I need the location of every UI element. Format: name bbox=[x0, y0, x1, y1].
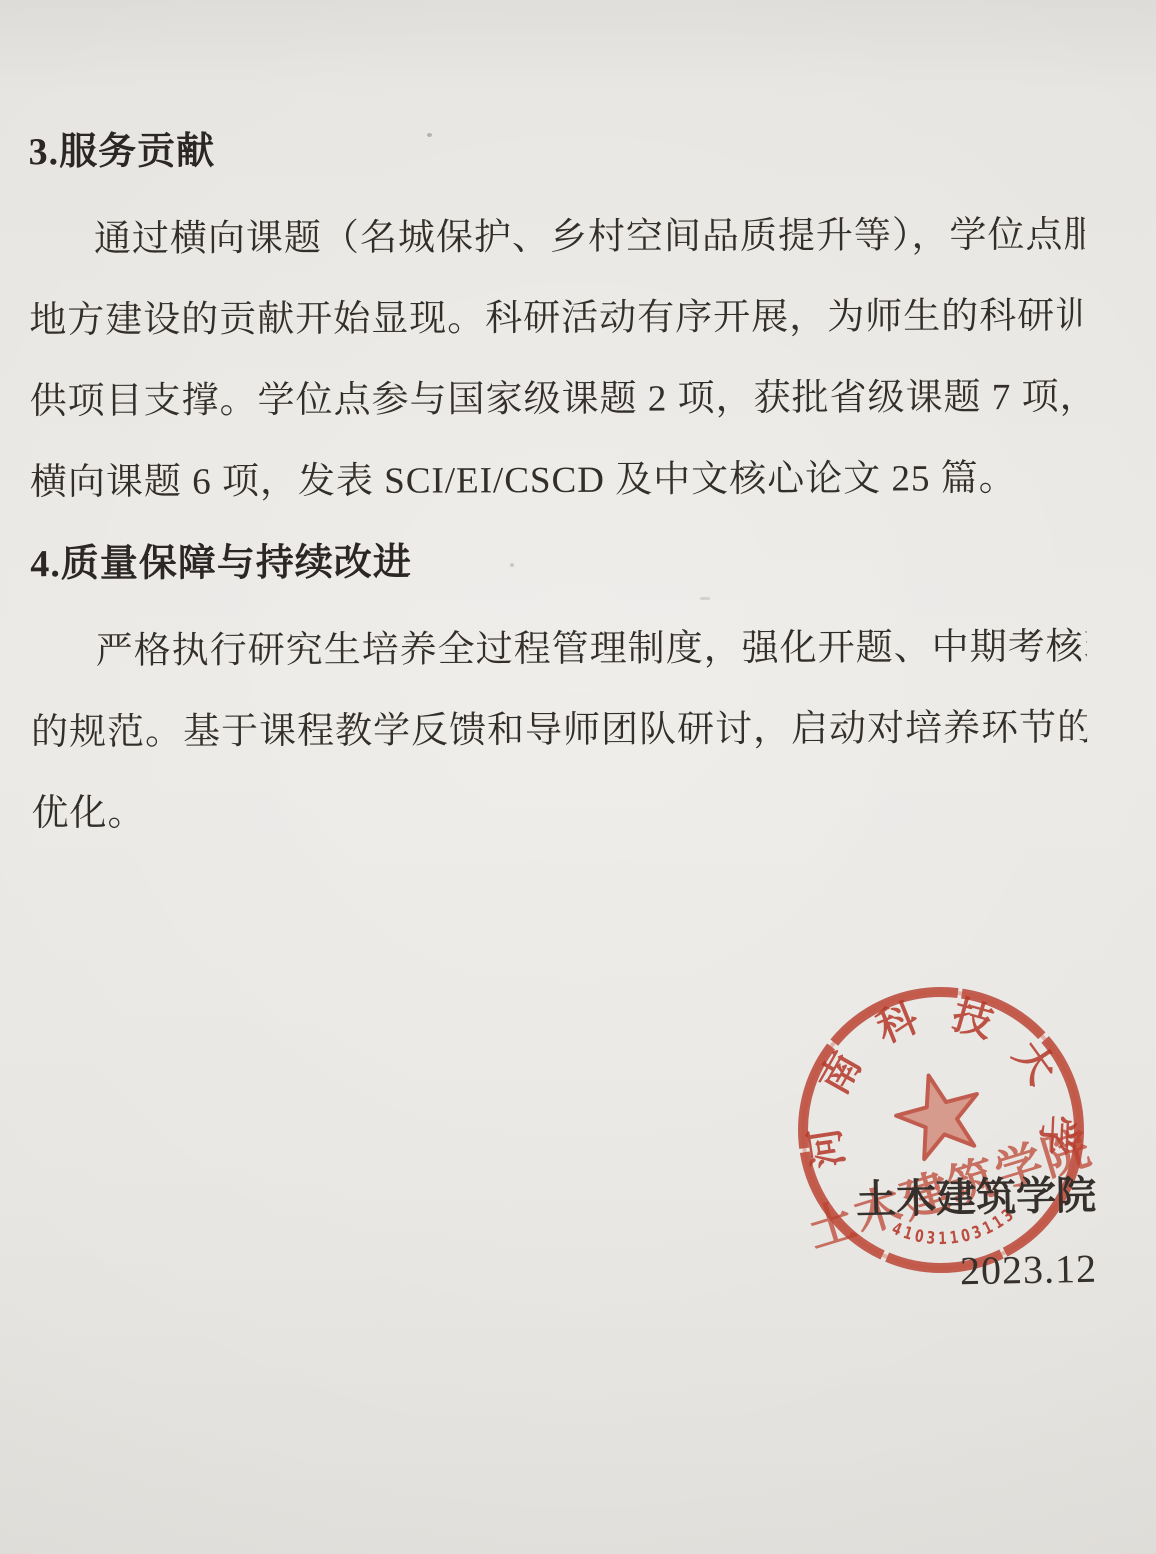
document-body: 3.服务贡献 通过横向课题（名城保护、乡村空间品质提升等），学位点服务 地方建设… bbox=[28, 123, 1087, 855]
scan-speck bbox=[427, 133, 432, 137]
paragraph-line: 横向课题 6 项，发表 SCI/EI/CSCD 及中文核心论文 25 篇。 bbox=[30, 438, 1086, 524]
paragraph-line: 通过横向课题（名城保护、乡村空间品质提升等），学位点服务 bbox=[29, 195, 1085, 281]
section-heading-4: 4.质量保障与持续改进 bbox=[30, 535, 1086, 590]
star-icon bbox=[896, 1076, 977, 1160]
section-quality-assurance: 4.质量保障与持续改进 严格执行研究生培养全过程管理制度，强化开题、中期考核环节… bbox=[30, 535, 1087, 855]
official-seal-stamp: 河南科技大学 土木建筑学院 41031103113 bbox=[793, 981, 1099, 1287]
section-heading-3: 3.服务贡献 bbox=[28, 123, 1084, 178]
scan-speck bbox=[510, 563, 514, 567]
paragraph-line: 优化。 bbox=[31, 769, 1087, 855]
scan-speck bbox=[700, 597, 710, 600]
paragraph-line: 严格执行研究生培养全过程管理制度，强化开题、中期考核环节 bbox=[31, 607, 1087, 693]
paragraph-line: 的规范。基于课程教学反馈和导师团队研讨，启动对培养环节的初步 bbox=[31, 688, 1087, 774]
paragraph-line: 地方建设的贡献开始显现。科研活动有序开展，为师生的科研训练提 bbox=[29, 276, 1085, 362]
college-signature: 土木建筑学院 bbox=[855, 1163, 1096, 1225]
date-text: 2023.12 bbox=[960, 1245, 1098, 1294]
paragraph-line: 供项目支撑。学位点参与国家级课题 2 项，获批省级课题 7 项，完成 bbox=[29, 357, 1085, 443]
scanned-document-page: 3.服务贡献 通过横向课题（名城保护、乡村空间品质提升等），学位点服务 地方建设… bbox=[0, 0, 1156, 1554]
section-service-contribution: 3.服务贡献 通过横向课题（名城保护、乡村空间品质提升等），学位点服务 地方建设… bbox=[28, 123, 1086, 524]
